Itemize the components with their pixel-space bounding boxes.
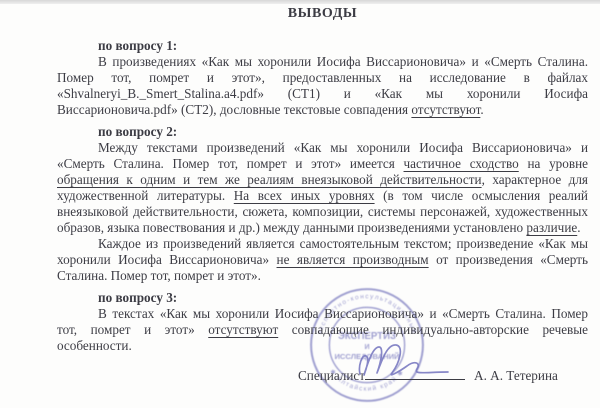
signature-scribble-icon <box>352 340 476 386</box>
page-title: ВЫВОДЫ <box>57 6 588 22</box>
section-heading: по вопросу 2: <box>57 124 588 140</box>
paragraph: Между текстами произведений «Как мы хоро… <box>57 140 588 236</box>
paragraph: В произведениях «Как мы хоронили Иосифа … <box>57 54 588 118</box>
section-question-3: по вопросу 3: В текстах «Как мы хоронили… <box>57 290 588 354</box>
scan-edge-artifact <box>0 0 600 4</box>
paragraph: Каждое из произведений является самостоя… <box>57 236 588 284</box>
section-heading: по вопросу 1: <box>57 38 588 54</box>
document-page: экспертно-консультационный ✱ Алтайский к… <box>0 0 600 408</box>
handwritten-signature <box>352 340 476 386</box>
paragraph: В текстах «Как мы хоронили Иосифа Виссар… <box>57 306 588 354</box>
section-question-1: по вопросу 1: В произведениях «Как мы хо… <box>57 38 588 118</box>
signature-row: СпециалистА. А. Тетерина <box>57 366 588 384</box>
document-body: ВЫВОДЫ по вопросу 1: В произведениях «Ка… <box>57 6 588 384</box>
section-question-2: по вопросу 2: Между текстами произведени… <box>57 124 588 284</box>
section-heading: по вопросу 3: <box>57 290 588 306</box>
signature-name: А. А. Тетерина <box>474 368 558 383</box>
